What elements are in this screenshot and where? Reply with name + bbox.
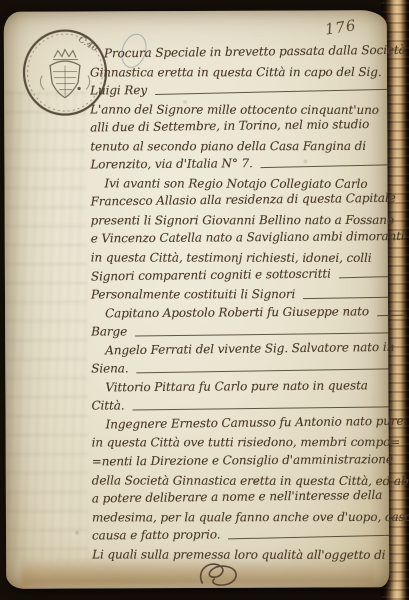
- manuscript-line: Luigi Rey: [90, 79, 390, 100]
- manuscript-line: Vittorio Pittara fu Carlo pure nato in q…: [105, 376, 391, 397]
- flourish-rule: [339, 275, 389, 277]
- manuscript-line: Siena.: [91, 359, 391, 378]
- flourish-rule: [132, 406, 389, 410]
- manuscript-line-text: Ginnastica eretta in questa Città in cap…: [90, 65, 382, 80]
- manuscript-line-text: Francesco Allasio alla residenza di ques…: [90, 191, 395, 209]
- manuscript-line-text: medesima, per la quale fanno anche ove d…: [92, 510, 409, 525]
- manuscript-line: Procura Speciale in brevetto passata dal…: [104, 41, 390, 63]
- manuscript-line-text: tenuto al secondo piano della Casa Fangi…: [90, 139, 366, 153]
- manuscript-line: a potere deliberare a nome e nell'intere…: [92, 486, 392, 508]
- verso-bleedthrough: [4, 91, 88, 561]
- manuscript-line-text: presenti li Signori Giovanni Bellino nat…: [91, 213, 394, 228]
- flourish-rule: [135, 332, 389, 336]
- manuscript-line: alli due di Settembre, in Torino, nel mi…: [90, 115, 390, 137]
- manuscript-text: Procura Speciale in brevetto passata dal…: [90, 43, 392, 564]
- flourish-rule: [155, 89, 388, 95]
- manuscript-line-text: Angelo Ferrati del vivente Sig. Salvator…: [105, 340, 394, 358]
- manuscript-line-text: Lorenzito, via d'Italia N° 7.: [90, 154, 253, 174]
- flourish-rule: [261, 164, 389, 168]
- flourish-rule: [377, 314, 407, 316]
- manuscript-line-text: Personalmente costituiti li Signori: [91, 285, 295, 304]
- manuscript-line-text: alli due di Settembre, in Torino, nel mi…: [90, 117, 369, 134]
- manuscript-line: Francesco Allasio alla residenza di ques…: [90, 189, 390, 211]
- manuscript-line: e Vincenzo Catella nato a Savigliano amb…: [91, 228, 391, 249]
- manuscript-line: Signori comparenti cogniti e sottoscritt…: [91, 263, 391, 285]
- manuscript-line: Personalmente costituiti li Signori: [91, 285, 391, 304]
- manuscript-line: causa e fatto proprio.: [92, 524, 392, 545]
- manuscript-line-text: Città.: [91, 397, 124, 416]
- notary-paraph-flourish: [194, 557, 248, 593]
- manuscript-line-text: causa e fatto proprio.: [92, 526, 221, 546]
- manuscript-line-text: Ingegnere Ernesto Camusso fu Antonio nat…: [105, 414, 403, 432]
- manuscript-line-text: in questa Città, testimonj richiesti, id…: [91, 250, 372, 264]
- manuscript-line-text: Luigi Rey: [90, 81, 147, 100]
- manuscript-line: Lorenzito, via d'Italia N° 7.: [90, 153, 390, 174]
- manuscript-line-text: Ivi avanti son Regio Notajo Collegiato C…: [104, 176, 367, 190]
- manuscript-line: =nenti la Direzione e Consiglio d'ammini…: [92, 450, 392, 471]
- page-number: 176: [324, 16, 358, 38]
- manuscript-line-text: Vittorio Pittara fu Carlo pure nato in q…: [105, 378, 368, 394]
- manuscript-line-text: a potere deliberare a nome e nell'intere…: [92, 488, 383, 506]
- manuscript-line-text: Procura Speciale in brevetto passata dal…: [104, 43, 406, 61]
- manuscript-line: Angelo Ferrati del vivente Sig. Salvator…: [105, 338, 391, 360]
- manuscript-line-text: in questa Città ove tutti risiedono, mem…: [92, 435, 401, 450]
- manuscript-line-text: Signori comparenti cogniti e sottoscritt…: [91, 264, 331, 285]
- manuscript-line-text: L'anno del Signore mille ottocento cinqu…: [90, 102, 379, 117]
- manuscript-line-text: Siena.: [91, 360, 128, 379]
- manuscript-line-text: Capitano Apostolo Roberti fu Giuseppe na…: [105, 302, 369, 323]
- manuscript-line-text: Barge: [91, 323, 127, 342]
- flourish-rule: [303, 296, 389, 298]
- photo-backdrop: 176 C.40 Procura Speciale in brevetto pa…: [0, 0, 409, 600]
- flourish-rule: [137, 368, 390, 373]
- manuscript-page: 176 C.40 Procura Speciale in brevetto pa…: [4, 10, 390, 589]
- flourish-rule: [228, 535, 390, 540]
- manuscript-line-text: =nenti la Direzione e Consiglio d'ammini…: [92, 452, 393, 468]
- manuscript-line: Capitano Apostolo Roberti fu Giuseppe na…: [105, 302, 391, 323]
- manuscript-line: Ingegnere Ernesto Camusso fu Antonio nat…: [105, 412, 391, 434]
- manuscript-line-text: e Vincenzo Catella nato a Savigliano amb…: [91, 229, 405, 245]
- foxing-specks: [4, 12, 6, 14]
